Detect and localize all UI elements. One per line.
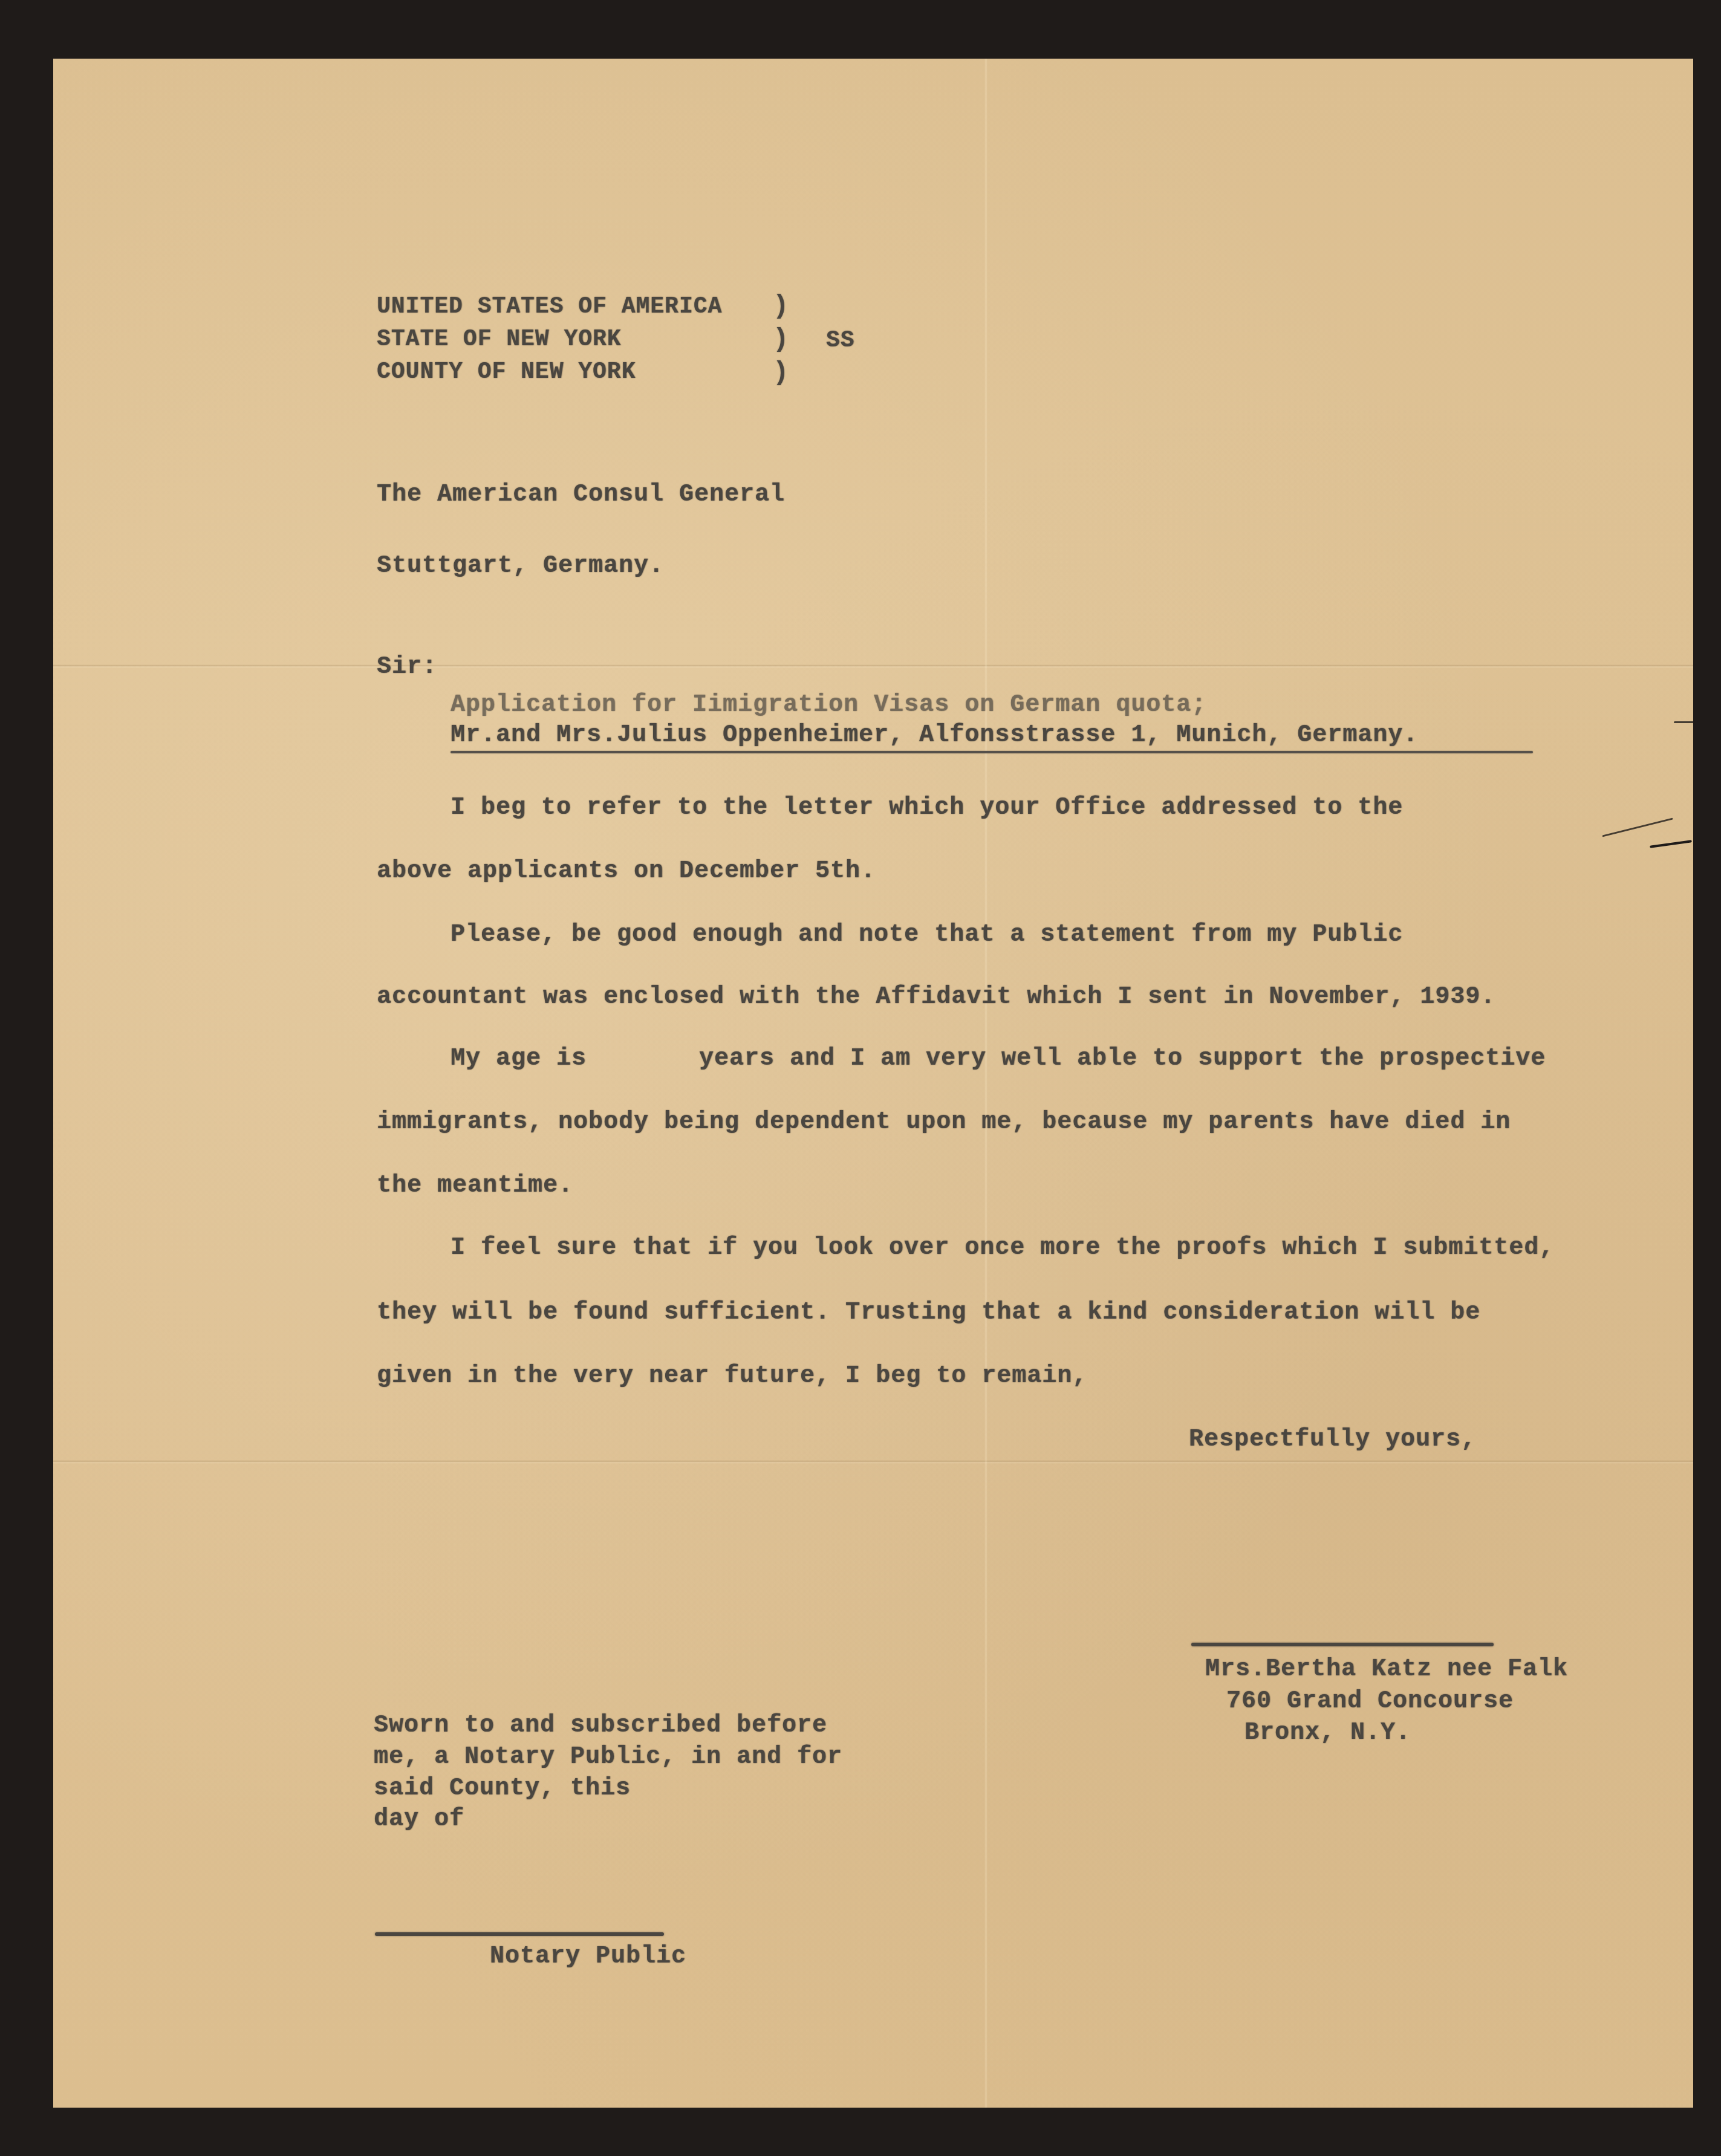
body-p3-line-3: the meantime. [377,1174,573,1198]
caption-bracket: ) [773,358,789,388]
caption-line-country: UNITED STATES OF AMERICA [377,296,722,319]
addressee-line-2: Stuttgart, Germany. [377,554,664,579]
notary-label: Notary Public [490,1945,686,1969]
letter-page: UNITED STATES OF AMERICA STATE OF NEW YO… [53,59,1693,2108]
body-p2-line-2: accountant was enclosed with the Affidav… [377,985,1495,1010]
signatory-address-1: 760 Grand Concourse [1226,1690,1514,1714]
edge-tear [1602,818,1673,837]
jurat-line-1: Sworn to and subscribed before [374,1714,827,1738]
jurat-line-4: day of [374,1808,464,1832]
signatory-address-2: Bronx, N.Y. [1244,1721,1411,1745]
jurat-line-3: said County, this [374,1777,631,1801]
caption-line-county: COUNTY OF NEW YORK [377,361,636,384]
caption-line-state: STATE OF NEW YORK [377,328,622,351]
subject-line-2: Mr.and Mrs.Julius Oppenheimer, Alfonsstr… [451,724,1418,748]
notary-signature-line [375,1932,664,1936]
body-p4-line-1: I feel sure that if you look over once m… [451,1236,1554,1261]
signature-line [1191,1643,1494,1646]
edge-tear [1650,840,1692,848]
horizontal-fold-crease-lower [53,1460,1693,1464]
signatory-name: Mrs.Bertha Katz nee Falk [1205,1658,1568,1682]
caption-bracket: ) [773,325,789,355]
horizontal-fold-crease [53,664,1693,668]
caption-ss: SS [826,330,855,352]
edge-tear [1674,721,1698,723]
caption-bracket: ) [773,291,789,322]
jurat-line-2: me, a Notary Public, in and for [374,1745,842,1770]
body-p3-line-1-rest: years and I am very well able to support… [699,1047,1546,1071]
body-p4-line-3: given in the very near future, I beg to … [377,1365,1087,1389]
body-p2-line-1: Please, be good enough and note that a s… [451,923,1403,947]
body-p3-line-2: immigrants, nobody being dependent upon … [377,1111,1511,1135]
body-p4-line-2: they will be found sufficient. Trusting … [377,1301,1480,1325]
vertical-fold-crease [984,59,987,2108]
body-p1-line-2: above applicants on December 5th. [377,860,876,884]
body-p1-line-1: I beg to refer to the letter which your … [451,796,1403,820]
subject-line-1: Application for Iimigration Visas on Ger… [451,693,1206,718]
closing: Respectfully yours, [1189,1428,1476,1452]
body-p3-line-1-age: My age is [451,1047,587,1071]
salutation: Sir: [377,655,437,680]
subject-underline [451,751,1533,753]
addressee-line-1: The American Consul General [377,483,785,507]
